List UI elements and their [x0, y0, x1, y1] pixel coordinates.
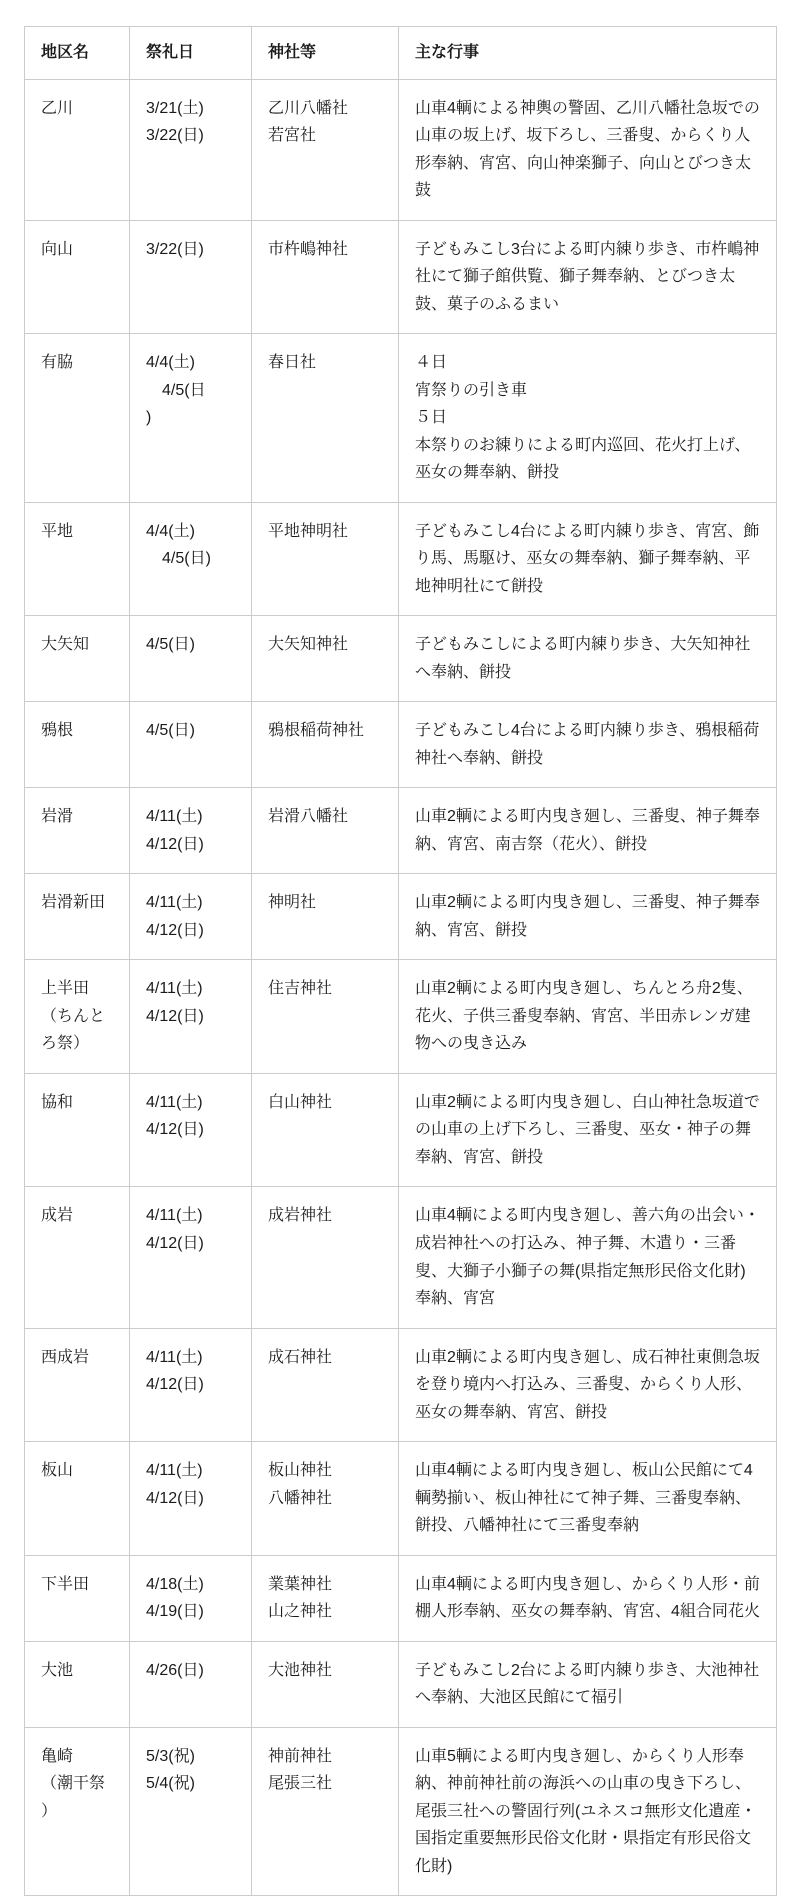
- shrine-cell: 大矢知神社: [252, 616, 399, 702]
- column-header-district: 地区名: [25, 27, 130, 80]
- shrine-cell: 成石神社: [252, 1328, 399, 1442]
- events-cell: 子どもみこし3台による町内練り歩き、市杵嶋神社にて獅子館供覧、獅子舞奉納、とびつ…: [399, 220, 777, 334]
- festival-schedule-page: 地区名 祭礼日 神社等 主な行事 乙川3/21(土) 3/22(日)乙川八幡社 …: [0, 0, 800, 1829]
- shrine-cell: 平地神明社: [252, 502, 399, 616]
- district-cell: 協和: [25, 1073, 130, 1187]
- district-cell: 乙川: [25, 79, 130, 220]
- column-header-shrine: 神社等: [252, 27, 399, 80]
- table-row: 有脇4/4(土) 4/5(日 )春日社４日 宵祭りの引き車 ５日 本祭りのお練り…: [25, 334, 777, 503]
- district-cell: 岩滑新田: [25, 874, 130, 960]
- table-row: 岩滑新田4/11(土) 4/12(日)神明社山車2輌による町内曳き廻し、三番叟、…: [25, 874, 777, 960]
- festival-table-body: 乙川3/21(土) 3/22(日)乙川八幡社 若宮社山車4輌による神輿の警固、乙…: [25, 79, 777, 1896]
- events-cell: ４日 宵祭りの引き車 ５日 本祭りのお練りによる町内巡回、花火打上げ、巫女の舞奉…: [399, 334, 777, 503]
- date-cell: 4/18(土) 4/19(日): [130, 1555, 252, 1641]
- events-cell: 山車5輌による町内曳き廻し、からくり人形奉納、神前神社前の海浜への山車の曳き下ろ…: [399, 1727, 777, 1896]
- date-cell: 4/11(土) 4/12(日): [130, 1328, 252, 1442]
- district-cell: 下半田: [25, 1555, 130, 1641]
- table-row: 下半田4/18(土) 4/19(日)業葉神社 山之神社山車4輌による町内曳き廻し…: [25, 1555, 777, 1641]
- shrine-cell: 乙川八幡社 若宮社: [252, 79, 399, 220]
- events-cell: 山車2輌による町内曳き廻し、白山神社急坂道での山車の上げ下ろし、三番叟、巫女・神…: [399, 1073, 777, 1187]
- shrine-cell: 板山神社 八幡神社: [252, 1442, 399, 1556]
- table-row: 西成岩4/11(土) 4/12(日)成石神社山車2輌による町内曳き廻し、成石神社…: [25, 1328, 777, 1442]
- date-cell: 5/3(祝) 5/4(祝): [130, 1727, 252, 1896]
- date-cell: 4/11(土) 4/12(日): [130, 1187, 252, 1328]
- table-row: 乙川3/21(土) 3/22(日)乙川八幡社 若宮社山車4輌による神輿の警固、乙…: [25, 79, 777, 220]
- shrine-cell: 鴉根稲荷神社: [252, 702, 399, 788]
- events-cell: 山車2輌による町内曳き廻し、三番叟、神子舞奉納、宵宮、餅投: [399, 874, 777, 960]
- shrine-cell: 春日社: [252, 334, 399, 503]
- district-cell: 有脇: [25, 334, 130, 503]
- events-cell: 子どもみこし2台による町内練り歩き、大池神社へ奉納、大池区民館にて福引: [399, 1641, 777, 1727]
- date-cell: 4/11(土) 4/12(日): [130, 1073, 252, 1187]
- date-cell: 4/4(土) 4/5(日 ): [130, 334, 252, 503]
- events-cell: 山車2輌による町内曳き廻し、三番叟、神子舞奉納、宵宮、南吉祭（花火）、餅投: [399, 788, 777, 874]
- column-header-events: 主な行事: [399, 27, 777, 80]
- events-cell: 山車4輌による神輿の警固、乙川八幡社急坂での山車の坂上げ、坂下ろし、三番叟、から…: [399, 79, 777, 220]
- date-cell: 4/11(土) 4/12(日): [130, 874, 252, 960]
- table-row: 岩滑4/11(土) 4/12(日)岩滑八幡社山車2輌による町内曳き廻し、三番叟、…: [25, 788, 777, 874]
- table-row: 鴉根4/5(日)鴉根稲荷神社子どもみこし4台による町内練り歩き、鴉根稲荷神社へ奉…: [25, 702, 777, 788]
- table-row: 成岩4/11(土) 4/12(日)成岩神社山車4輌による町内曳き廻し、善六角の出…: [25, 1187, 777, 1328]
- district-cell: 大池: [25, 1641, 130, 1727]
- events-cell: 山車2輌による町内曳き廻し、ちんとろ舟2隻、花火、子供三番叟奉納、宵宮、半田赤レ…: [399, 960, 777, 1074]
- table-row: 大矢知4/5(日)大矢知神社子どもみこしによる町内練り歩き、大矢知神社へ奉納、餅…: [25, 616, 777, 702]
- district-cell: 板山: [25, 1442, 130, 1556]
- date-cell: 4/5(日): [130, 702, 252, 788]
- date-cell: 4/11(土) 4/12(日): [130, 788, 252, 874]
- column-header-date: 祭礼日: [130, 27, 252, 80]
- table-row: 協和4/11(土) 4/12(日)白山神社山車2輌による町内曳き廻し、白山神社急…: [25, 1073, 777, 1187]
- shrine-cell: 市杵嶋神社: [252, 220, 399, 334]
- table-row: 板山4/11(土) 4/12(日)板山神社 八幡神社山車4輌による町内曳き廻し、…: [25, 1442, 777, 1556]
- events-cell: 山車2輌による町内曳き廻し、成石神社東側急坂を登り境内へ打込み、三番叟、からくり…: [399, 1328, 777, 1442]
- table-row: 上半田 （ちんと ろ祭）4/11(土) 4/12(日)住吉神社山車2輌による町内…: [25, 960, 777, 1074]
- events-cell: 子どもみこし4台による町内練り歩き、鴉根稲荷神社へ奉納、餅投: [399, 702, 777, 788]
- table-row: 平地4/4(土) 4/5(日)平地神明社子どもみこし4台による町内練り歩き、宵宮…: [25, 502, 777, 616]
- district-cell: 西成岩: [25, 1328, 130, 1442]
- table-header-row: 地区名 祭礼日 神社等 主な行事: [25, 27, 777, 80]
- festival-schedule-table: 地区名 祭礼日 神社等 主な行事 乙川3/21(土) 3/22(日)乙川八幡社 …: [24, 26, 777, 1896]
- district-cell: 上半田 （ちんと ろ祭）: [25, 960, 130, 1074]
- district-cell: 平地: [25, 502, 130, 616]
- shrine-cell: 大池神社: [252, 1641, 399, 1727]
- shrine-cell: 岩滑八幡社: [252, 788, 399, 874]
- district-cell: 鴉根: [25, 702, 130, 788]
- shrine-cell: 業葉神社 山之神社: [252, 1555, 399, 1641]
- events-cell: 山車4輌による町内曳き廻し、からくり人形・前棚人形奉納、巫女の舞奉納、宵宮、4組…: [399, 1555, 777, 1641]
- events-cell: 子どもみこしによる町内練り歩き、大矢知神社へ奉納、餅投: [399, 616, 777, 702]
- events-cell: 子どもみこし4台による町内練り歩き、宵宮、飾り馬、馬駆け、巫女の舞奉納、獅子舞奉…: [399, 502, 777, 616]
- date-cell: 4/5(日): [130, 616, 252, 702]
- shrine-cell: 神明社: [252, 874, 399, 960]
- date-cell: 3/22(日): [130, 220, 252, 334]
- table-row: 向山3/22(日)市杵嶋神社子どもみこし3台による町内練り歩き、市杵嶋神社にて獅…: [25, 220, 777, 334]
- district-cell: 大矢知: [25, 616, 130, 702]
- table-row: 大池4/26(日)大池神社子どもみこし2台による町内練り歩き、大池神社へ奉納、大…: [25, 1641, 777, 1727]
- events-cell: 山車4輌による町内曳き廻し、板山公民館にて4輌勢揃い、板山神社にて神子舞、三番叟…: [399, 1442, 777, 1556]
- date-cell: 4/26(日): [130, 1641, 252, 1727]
- district-cell: 向山: [25, 220, 130, 334]
- district-cell: 成岩: [25, 1187, 130, 1328]
- date-cell: 4/11(土) 4/12(日): [130, 1442, 252, 1556]
- events-cell: 山車4輌による町内曳き廻し、善六角の出会い・成岩神社への打込み、神子舞、木遣り・…: [399, 1187, 777, 1328]
- district-cell: 亀崎 （潮干祭 ）: [25, 1727, 130, 1896]
- table-row: 亀崎 （潮干祭 ）5/3(祝) 5/4(祝)神前神社 尾張三社山車5輌による町内…: [25, 1727, 777, 1896]
- district-cell: 岩滑: [25, 788, 130, 874]
- shrine-cell: 成岩神社: [252, 1187, 399, 1328]
- date-cell: 4/11(土) 4/12(日): [130, 960, 252, 1074]
- shrine-cell: 住吉神社: [252, 960, 399, 1074]
- shrine-cell: 白山神社: [252, 1073, 399, 1187]
- date-cell: 3/21(土) 3/22(日): [130, 79, 252, 220]
- shrine-cell: 神前神社 尾張三社: [252, 1727, 399, 1896]
- date-cell: 4/4(土) 4/5(日): [130, 502, 252, 616]
